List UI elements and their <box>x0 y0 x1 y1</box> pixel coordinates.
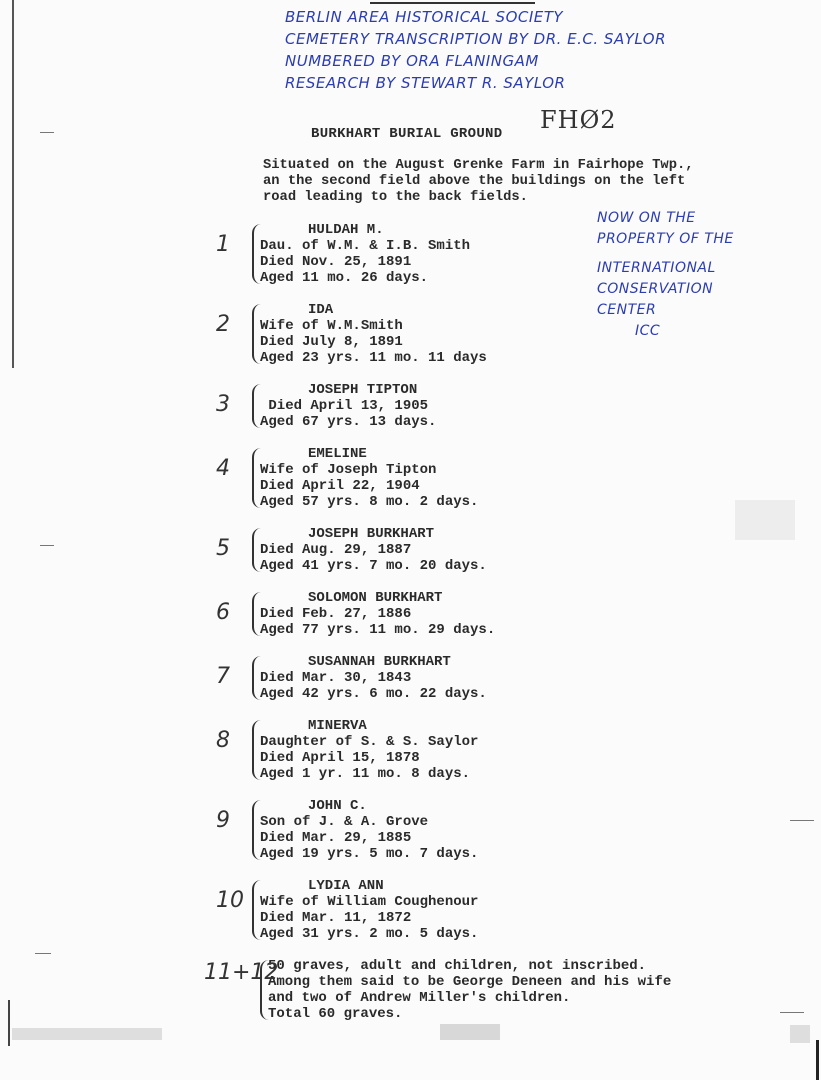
entry-number: 7 <box>216 664 230 689</box>
bracket-mark <box>252 720 261 780</box>
document-title: BURKHART BURIAL GROUND <box>311 126 502 142</box>
note-line: INTERNATIONAL <box>597 258 734 279</box>
note-line: NOW ON THE <box>597 208 734 229</box>
bracket-mark <box>252 656 261 700</box>
entry-detail-line: Died April 22, 1904 <box>260 478 478 494</box>
burial-entry: 1HULDAH M.Dau. of W.M. & I.B. SmithDied … <box>260 222 470 286</box>
page-edge-left-lower <box>8 1000 10 1046</box>
entry-detail-line: Died Mar. 11, 1872 <box>260 910 478 926</box>
entry-number: 10 <box>216 888 244 913</box>
entry-detail-line: Aged 77 yrs. 11 mo. 29 days. <box>260 622 495 638</box>
entry-detail-line: Died Mar. 29, 1885 <box>260 830 478 846</box>
burial-entry: 8MINERVADaughter of S. & S. SaylorDied A… <box>260 718 478 782</box>
bracket-mark <box>252 800 261 860</box>
entry-number: 11+12 <box>204 960 278 985</box>
burial-entry: 2IDAWife of W.M.SmithDied July 8, 1891Ag… <box>260 302 487 366</box>
burial-entry: 4EMELINEWife of Joseph TiptonDied April … <box>260 446 478 510</box>
scan-noise <box>735 500 795 540</box>
scan-noise <box>440 1024 500 1040</box>
entry-detail-line: Aged 41 yrs. 7 mo. 20 days. <box>260 558 487 574</box>
page-edge-left <box>12 0 14 368</box>
entry-detail-line: Aged 1 yr. 11 mo. 8 days. <box>260 766 478 782</box>
note-line: ICC <box>597 321 734 342</box>
page-edge-right <box>816 1040 819 1080</box>
scan-mark <box>790 820 814 821</box>
entry-detail-line: Died Nov. 25, 1891 <box>260 254 470 270</box>
intro-paragraph: Situated on the August Grenke Farm in Fa… <box>263 158 694 206</box>
deceased-name: EMELINE <box>260 446 478 462</box>
entry-detail-line: Aged 57 yrs. 8 mo. 2 days. <box>260 494 478 510</box>
intro-line: an the second field above the buildings … <box>263 174 694 190</box>
bracket-mark <box>252 448 261 508</box>
deceased-name: JOSEPH TIPTON <box>260 382 436 398</box>
header-line: RESEARCH BY STEWART R. SAYLOR <box>285 72 666 94</box>
scan-mark <box>780 1012 804 1013</box>
entry-detail-line: Wife of W.M.Smith <box>260 318 487 334</box>
cemetery-code: FHØ2 <box>540 106 617 134</box>
burial-entry: 6SOLOMON BURKHARTDied Feb. 27, 1886Aged … <box>260 590 495 638</box>
entry-number: 4 <box>216 456 230 481</box>
note-line: PROPERTY OF THE <box>597 229 734 250</box>
entry-number: 1 <box>216 232 230 257</box>
entry-detail-line: Aged 11 mo. 26 days. <box>260 270 470 286</box>
entry-detail-line: Died April 13, 1905 <box>260 398 436 414</box>
deceased-name: IDA <box>260 302 487 318</box>
bracket-mark <box>252 224 261 284</box>
entry-number: 9 <box>216 808 230 833</box>
burial-entry: 10LYDIA ANNWife of William CoughenourDie… <box>260 878 478 942</box>
bracket-mark <box>252 880 261 940</box>
entry-detail-line: Died Mar. 30, 1843 <box>260 670 487 686</box>
burial-entry: 3JOSEPH TIPTON Died April 13, 1905Aged 6… <box>260 382 436 430</box>
handwritten-header: BERLIN AREA HISTORICAL SOCIETY CEMETERY … <box>285 6 666 94</box>
entry-detail-line: Died Feb. 27, 1886 <box>260 606 495 622</box>
intro-line: Situated on the August Grenke Farm in Fa… <box>263 158 694 174</box>
bracket-mark <box>252 304 261 364</box>
deceased-name: SUSANNAH BURKHART <box>260 654 487 670</box>
entry-detail-line: Aged 31 yrs. 2 mo. 5 days. <box>260 926 478 942</box>
bracket-mark <box>252 384 261 428</box>
scan-mark <box>40 132 54 133</box>
entry-detail-line: Aged 42 yrs. 6 mo. 22 days. <box>260 686 487 702</box>
entry-number: 5 <box>216 536 230 561</box>
header-line: BERLIN AREA HISTORICAL SOCIETY <box>285 6 666 28</box>
handwritten-side-note: NOW ON THE PROPERTY OF THE INTERNATIONAL… <box>597 208 734 342</box>
entry-detail-line: Total 60 graves. <box>268 1006 671 1022</box>
header-line: NUMBERED BY ORA FLANINGAM <box>285 50 666 72</box>
entry-detail-line: Among them said to be George Deneen and … <box>268 974 671 990</box>
deceased-name: SOLOMON BURKHART <box>260 590 495 606</box>
burial-entry: 5JOSEPH BURKHARTDied Aug. 29, 1887Aged 4… <box>260 526 487 574</box>
top-rule <box>370 2 535 4</box>
entry-detail-line: Wife of Joseph Tipton <box>260 462 478 478</box>
bracket-mark <box>252 528 261 572</box>
entry-detail-line: and two of Andrew Miller's children. <box>268 990 671 1006</box>
scan-mark <box>40 545 54 546</box>
entry-detail-line: Died April 15, 1878 <box>260 750 478 766</box>
burial-entry: 11+1250 graves, adult and children, not … <box>268 958 671 1022</box>
entry-detail-line: Daughter of S. & S. Saylor <box>260 734 478 750</box>
deceased-name: LYDIA ANN <box>260 878 478 894</box>
entry-detail-line: Dau. of W.M. & I.B. Smith <box>260 238 470 254</box>
bracket-mark <box>252 592 261 636</box>
deceased-name: HULDAH M. <box>260 222 470 238</box>
entry-detail-line: 50 graves, adult and children, not inscr… <box>268 958 671 974</box>
burial-entry: 7SUSANNAH BURKHARTDied Mar. 30, 1843Aged… <box>260 654 487 702</box>
deceased-name: JOSEPH BURKHART <box>260 526 487 542</box>
entry-number: 8 <box>216 728 230 753</box>
entry-detail-line: Aged 67 yrs. 13 days. <box>260 414 436 430</box>
note-line: CONSERVATION <box>597 279 734 300</box>
burial-entry: 9JOHN C.Son of J. & A. GroveDied Mar. 29… <box>260 798 478 862</box>
deceased-name: MINERVA <box>260 718 478 734</box>
intro-line: road leading to the back fields. <box>263 190 694 206</box>
note-line: CENTER <box>597 300 734 321</box>
deceased-name: JOHN C. <box>260 798 478 814</box>
scan-noise <box>12 1028 162 1040</box>
scan-mark <box>35 953 51 954</box>
scan-noise <box>790 1025 810 1043</box>
entry-number: 3 <box>216 392 230 417</box>
header-line: CEMETERY TRANSCRIPTION BY DR. E.C. SAYLO… <box>285 28 666 50</box>
entry-detail-line: Died Aug. 29, 1887 <box>260 542 487 558</box>
entry-number: 6 <box>216 600 230 625</box>
entry-detail-line: Wife of William Coughenour <box>260 894 478 910</box>
entry-detail-line: Aged 23 yrs. 11 mo. 11 days <box>260 350 487 366</box>
entry-detail-line: Son of J. & A. Grove <box>260 814 478 830</box>
entry-detail-line: Aged 19 yrs. 5 mo. 7 days. <box>260 846 478 862</box>
entry-number: 2 <box>216 312 230 337</box>
entry-detail-line: Died July 8, 1891 <box>260 334 487 350</box>
